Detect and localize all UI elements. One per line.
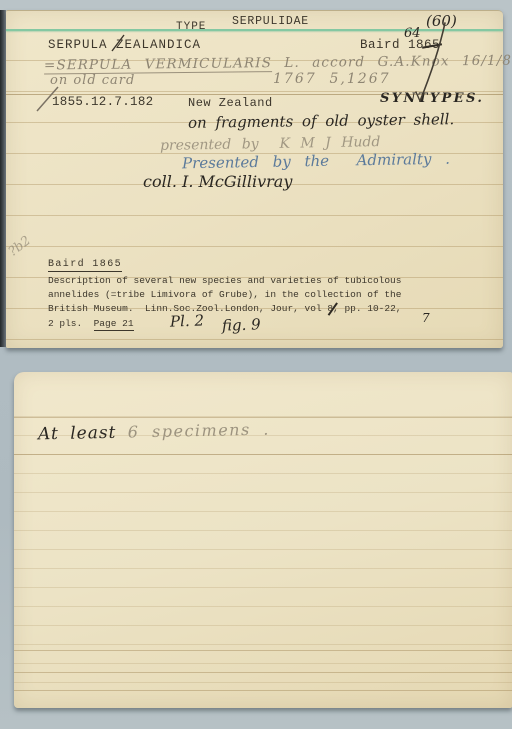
margin-note: ?b2 [6, 233, 34, 259]
reference-heading: Baird 1865 [48, 259, 122, 272]
rule-line [14, 417, 512, 418]
synonym-authority: L. accord G.A.Knox [272, 53, 462, 71]
volume-struck: 8, [327, 303, 338, 314]
rule-line [14, 690, 512, 691]
old-card-note: on old card [50, 73, 135, 88]
plate-note: Pl. 2 [170, 311, 205, 330]
catalog-card-top: TYPE SERPULIDAE (60) SERPULA ZEALANDICA … [6, 10, 503, 348]
reference-line-3: British Museum. Linn.Soc.Zool.London, Jo… [48, 303, 401, 314]
synonym-name: =SERPULA VERMICULARIS [44, 55, 272, 74]
reference-line-3-post: pp. 10-22, [339, 303, 402, 314]
type-status: SYNTYPES. [380, 91, 484, 106]
rule-line [14, 454, 512, 455]
catalog-card-bottom: At least 6 specimens . [14, 372, 512, 708]
reference-line-1: Description of several new species and v… [48, 275, 401, 286]
rule-line [14, 672, 512, 673]
presented-ink-note: Presented by the Admiralty . [182, 150, 450, 173]
corner-number: (60) [426, 12, 457, 30]
plates-count: 2 pls. [48, 318, 94, 329]
reference-line-2: annelides (=tribe Limivora of Grube), in… [48, 289, 401, 300]
substrate-note: on fragments of old oyster shell. [188, 110, 454, 132]
reference-line-4: 2 pls. Page 21 [48, 318, 134, 329]
locality: New Zealand [188, 96, 273, 110]
page-reference: Page 21 [94, 318, 134, 331]
author-line: Baird 1865 [360, 38, 440, 52]
year-corrected: 64 [404, 26, 421, 41]
collector-note: coll. I. McGillivray [143, 172, 292, 191]
family-header: SERPULIDAE [232, 15, 309, 28]
figure-note: fig. 9 [222, 315, 261, 334]
registration-number: 1855.12.7.182 [52, 95, 153, 109]
type-label: TYPE [176, 21, 206, 33]
species-name: SERPULA ZEALANDICA [48, 38, 201, 52]
synonym-date: 16/1/86 [462, 52, 512, 69]
scanned-page: TYPE SERPULIDAE (60) SERPULA ZEALANDICA … [0, 0, 512, 729]
synonym-numbers: 1767 5,1267 [273, 71, 391, 87]
year-struck: 65 [424, 38, 440, 52]
specimen-count-note: At least 6 specimens . [38, 420, 270, 445]
specimen-count-pencil: 6 specimens . [128, 420, 270, 442]
volume-corrected: 7 [422, 311, 430, 325]
specimen-count-ink: At least [38, 423, 128, 445]
rule-line [14, 650, 512, 651]
